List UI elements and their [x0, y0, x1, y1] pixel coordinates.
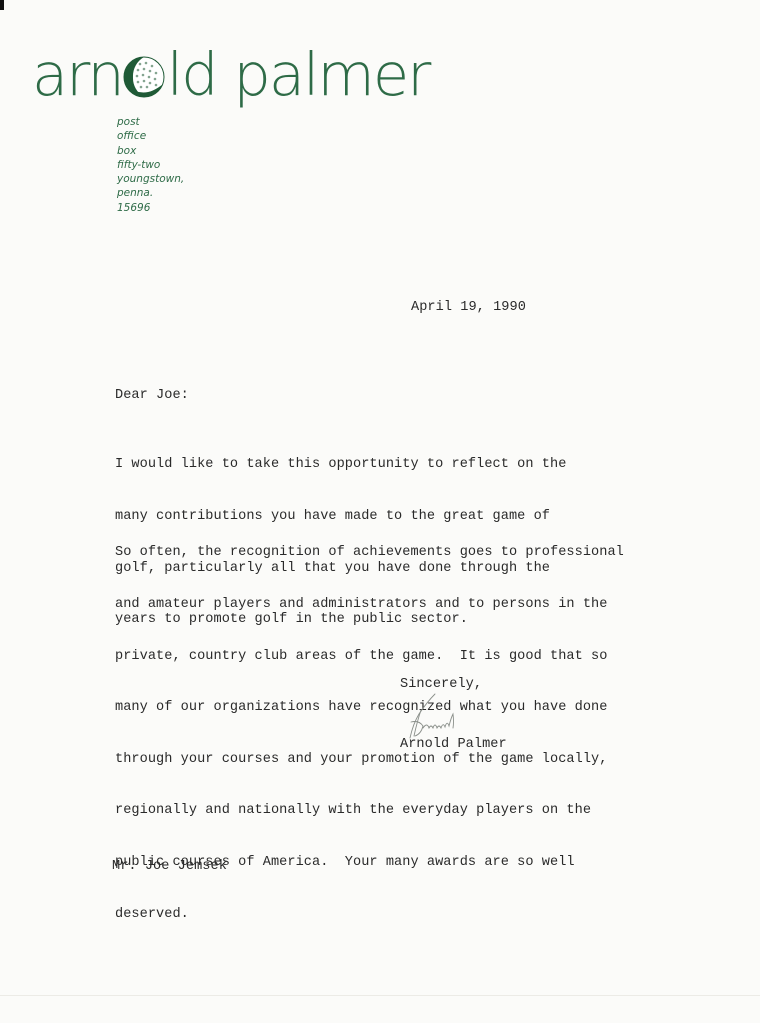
paragraph-line: deserved.: [115, 906, 624, 923]
letterhead-address: post office box fifty-two youngstown, pe…: [117, 115, 184, 215]
paragraph-line: and amateur players and administrators a…: [115, 596, 624, 613]
salutation: Dear Joe:: [115, 387, 189, 404]
address-line: penna.: [117, 186, 184, 200]
paragraph-2: So often, the recognition of achievement…: [115, 510, 624, 940]
address-line: post: [117, 115, 184, 129]
closing: Sincerely,: [400, 676, 482, 693]
paragraph-line: So often, the recognition of achievement…: [115, 544, 624, 561]
golf-ball-icon: [123, 56, 165, 98]
scan-corner-mark: [0, 0, 4, 10]
paragraph-line: many of our organizations have recognize…: [115, 699, 624, 716]
address-line: youngstown,: [117, 172, 184, 186]
address-line: box: [117, 144, 184, 158]
signature-icon: [397, 692, 487, 742]
letterhead-logo: arn ld palmer: [32, 40, 429, 110]
logo-text-right: ld palmer: [167, 40, 430, 110]
recipient: Mr. Joe Jemsek: [112, 858, 227, 875]
address-line: office: [117, 129, 184, 143]
page-edge: [0, 995, 760, 996]
paragraph-line: through your courses and your promotion …: [115, 751, 624, 768]
address-line: fifty-two: [117, 158, 184, 172]
letter-date: April 19, 1990: [411, 299, 526, 316]
paragraph-line: private, country club areas of the game.…: [115, 648, 624, 665]
logo-text-left: arn: [32, 40, 123, 110]
paragraph-line: I would like to take this opportunity to…: [115, 456, 566, 473]
signer-name: Arnold Palmer: [400, 736, 507, 753]
address-line: 15696: [117, 201, 184, 215]
paragraph-line: regionally and nationally with the every…: [115, 802, 624, 819]
